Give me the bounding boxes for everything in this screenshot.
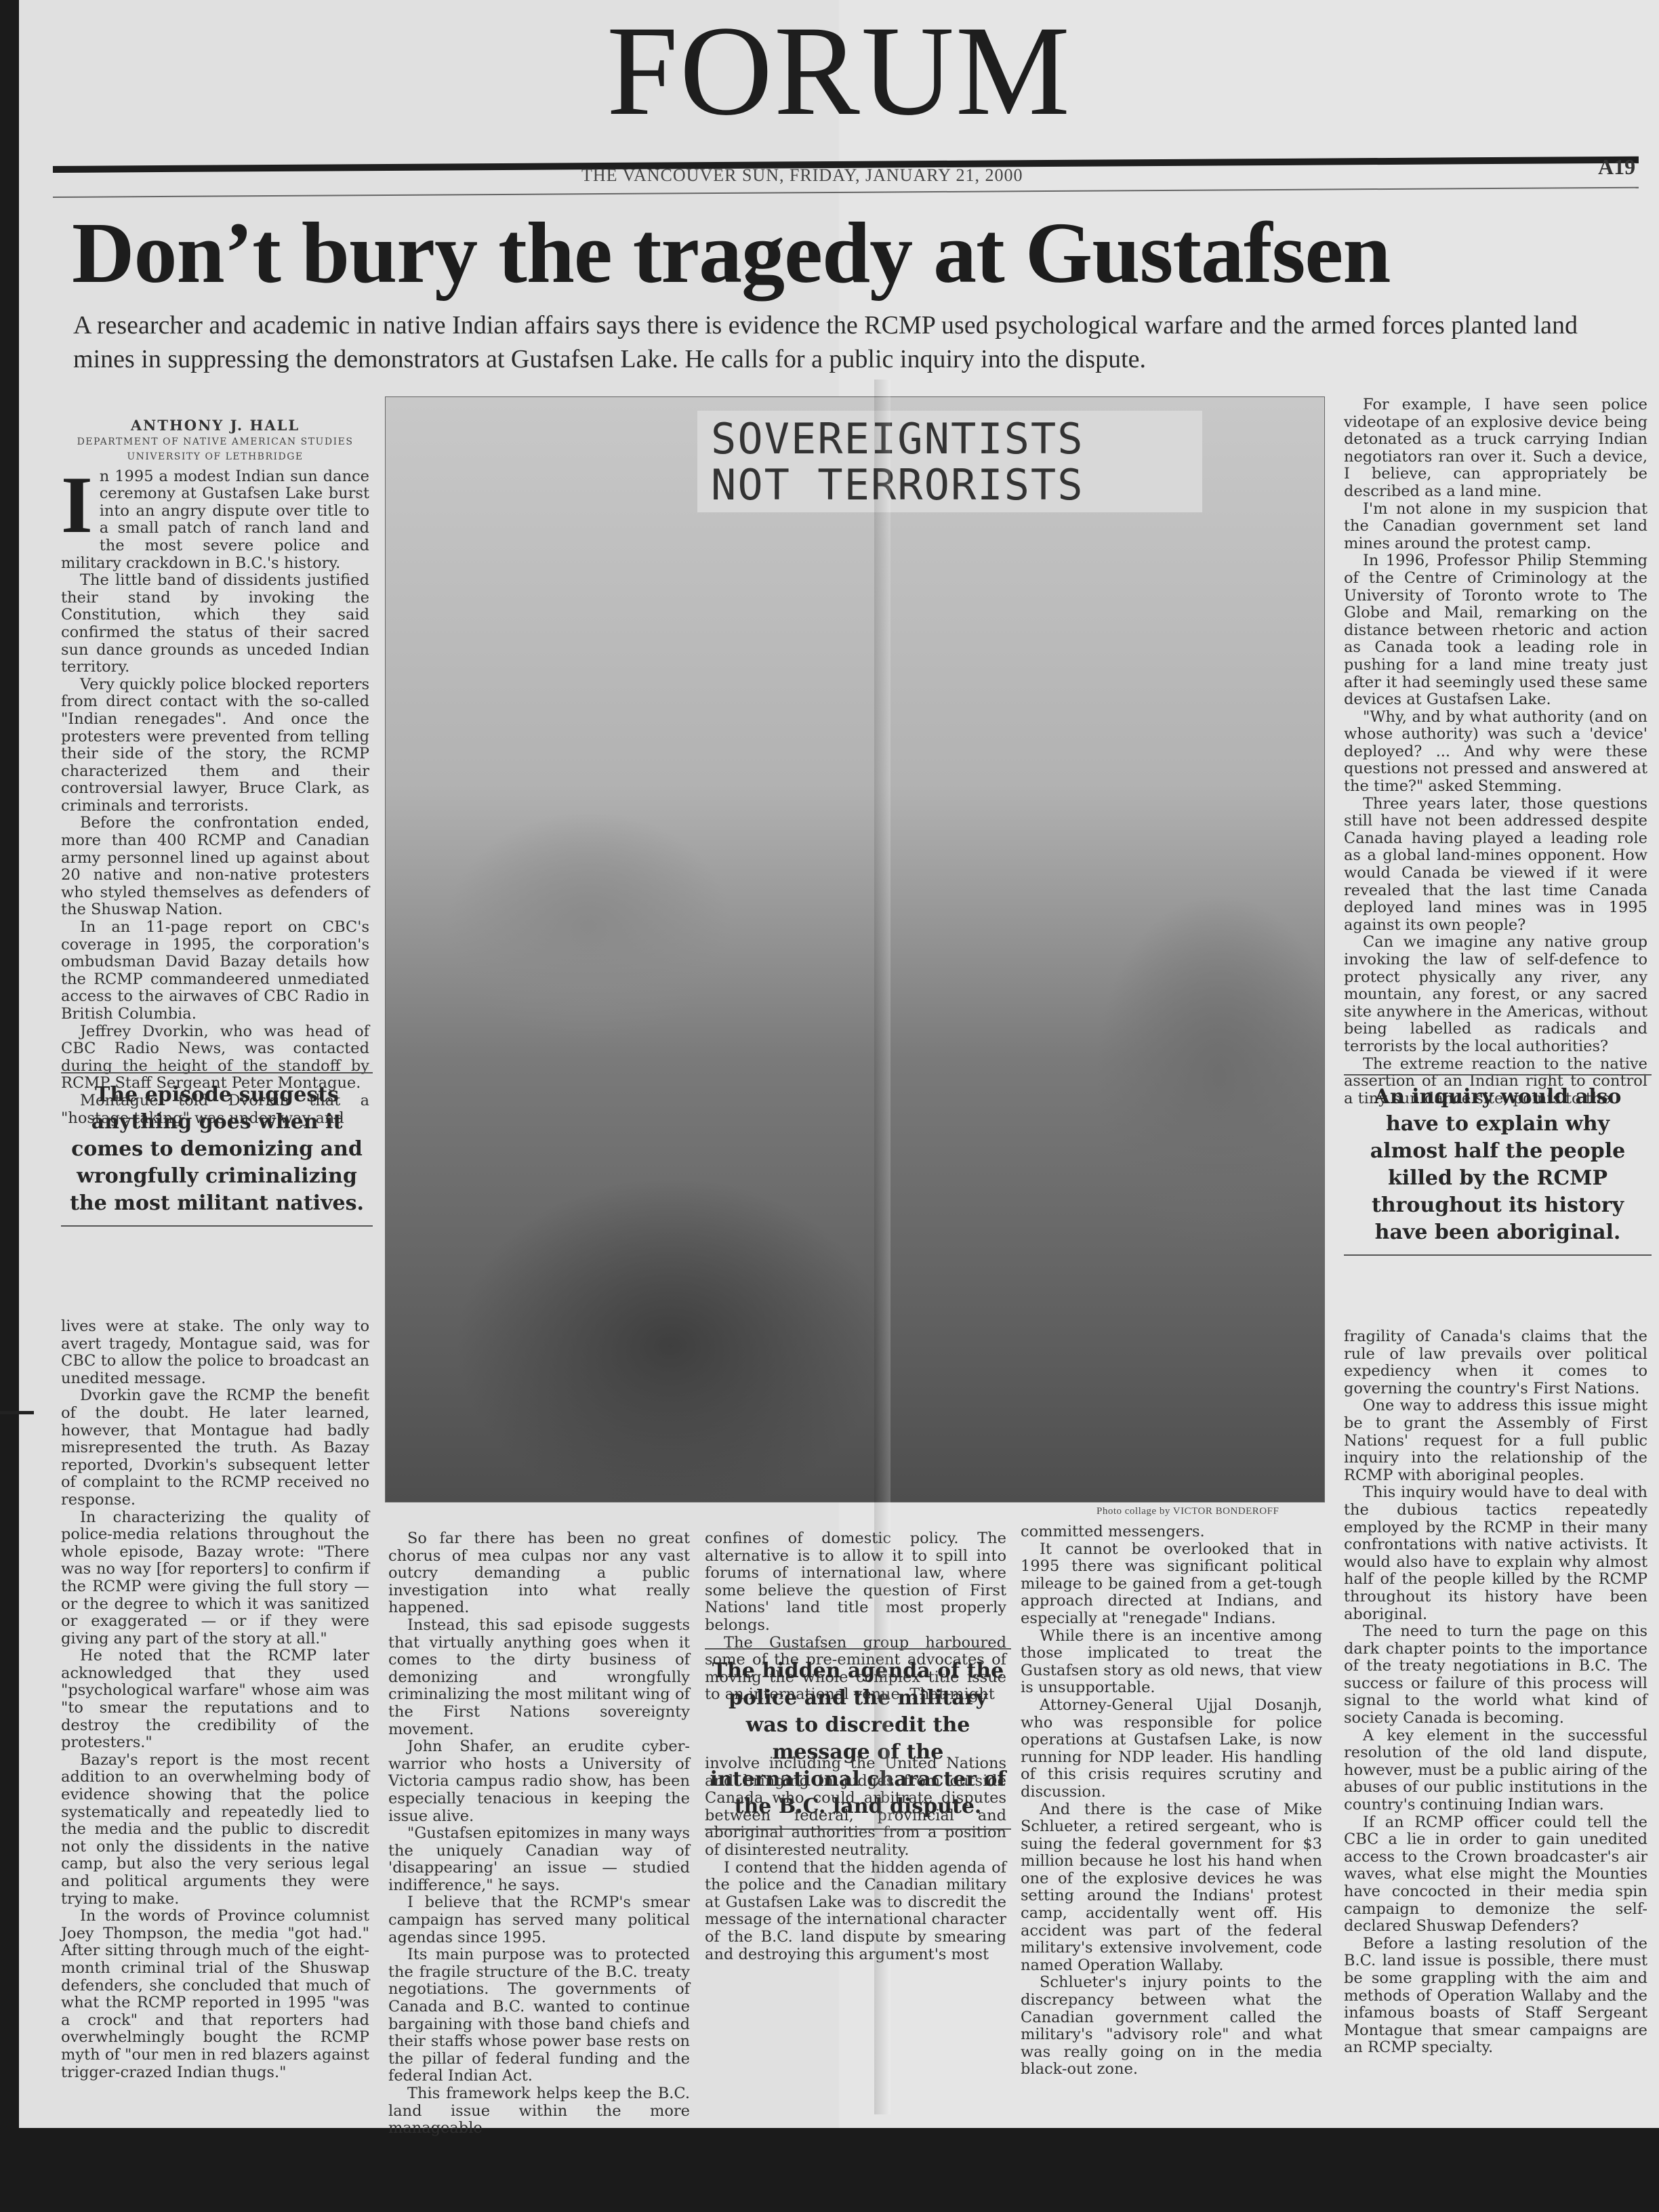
paragraph: lives were at stake. The only way to ave…	[61, 1318, 369, 1387]
column-2: So far there has been no great chorus of…	[388, 1530, 690, 2137]
protest-sign: SOVEREIGNTISTS NOT TERRORISTS	[697, 411, 1202, 512]
article-headline: Don’t bury the tragedy at Gustafsen	[72, 202, 1644, 304]
paragraph: confines of domestic policy. The alterna…	[705, 1530, 1006, 1635]
paragraph: In an 11-page report on CBC's coverage i…	[61, 919, 369, 1023]
column-4: committed messengers. It cannot be overl…	[1021, 1523, 1322, 2078]
column-5-bottom: fragility of Canada's claims that the ru…	[1344, 1328, 1647, 2057]
paragraph: A key element in the successful resoluti…	[1344, 1727, 1647, 1814]
paragraph: So far there has been no great chorus of…	[388, 1530, 690, 1617]
photo-credit: Photo collage by VICTOR BONDEROFF	[1097, 1506, 1279, 1517]
newspaper-page: FORUM THE VANCOUVER SUN, FRIDAY, JANUARY…	[19, 0, 1659, 2128]
byline-author: ANTHONY J. HALL	[61, 417, 369, 434]
paragraph: involve including the United Nations and…	[705, 1755, 1006, 1860]
page-number: A19	[1598, 155, 1635, 180]
drop-cap: I	[61, 471, 93, 539]
sign-line-2: NOT TERRORISTS	[711, 462, 1202, 508]
paragraph: Can we imagine any native group invoking…	[1344, 934, 1647, 1055]
paragraph: The little band of dissidents justified …	[61, 572, 369, 676]
column-1-bottom: lives were at stake. The only way to ave…	[61, 1318, 369, 2081]
column-3-bottom: involve including the United Nations and…	[705, 1755, 1006, 1963]
paragraph: It cannot be overlooked that in 1995 the…	[1021, 1541, 1322, 1628]
paragraph: I believe that the RCMP's smear campaign…	[388, 1894, 690, 1946]
publication-dateline: THE VANCOUVER SUN, FRIDAY, JANUARY 21, 2…	[581, 165, 1023, 186]
section-masthead: FORUM	[19, 7, 1659, 136]
paragraph: And there is the case of Mike Schlueter,…	[1021, 1801, 1322, 1975]
byline-institution: UNIVERSITY OF LETHBRIDGE	[61, 449, 369, 464]
paragraph: While there is an incentive among those …	[1021, 1628, 1322, 1697]
paragraph: Bazay's report is the most recent additi…	[61, 1752, 369, 1908]
photo-collage: SOVEREIGNTISTS NOT TERRORISTS	[385, 396, 1325, 1502]
article-dek: A researcher and academic in native Indi…	[73, 308, 1618, 376]
paragraph: The need to turn the page on this dark c…	[1344, 1623, 1647, 1727]
column-5-top: For example, I have seen police videotap…	[1344, 396, 1647, 1107]
paragraph: Its main purpose was to protected the fr…	[388, 1946, 690, 2085]
dateline-rule	[53, 187, 1639, 198]
paragraph: In 1996, Professor Philip Stemming of th…	[1344, 552, 1647, 708]
byline-department: DEPARTMENT OF NATIVE AMERICAN STUDIES	[61, 434, 369, 449]
paragraph: One way to address this issue might be t…	[1344, 1397, 1647, 1484]
paragraph: This inquiry would have to deal with the…	[1344, 1484, 1647, 1623]
paragraph: I contend that the hidden agenda of the …	[705, 1860, 1006, 1964]
paragraph: Instead, this sad episode suggests that …	[388, 1617, 690, 1738]
column-1-top: ANTHONY J. HALL DEPARTMENT OF NATIVE AME…	[61, 417, 369, 1127]
paragraph: In characterizing the quality of police-…	[61, 1509, 369, 1648]
paragraph: This framework helps keep the B.C. land …	[388, 2085, 690, 2137]
pull-quote-1: The episode suggests anything goes when …	[61, 1072, 373, 1227]
paragraph: Schlueter's injury points to the discrep…	[1021, 1974, 1322, 2078]
paragraph: He noted that the RCMP later acknowledge…	[61, 1647, 369, 1752]
paragraph: "Gustafsen epitomizes in many ways the u…	[388, 1825, 690, 1894]
paragraph: Dvorkin gave the RCMP the benefit of the…	[61, 1387, 369, 1509]
paragraph: Attorney-General Ujjal Dosanjh, who was …	[1021, 1697, 1322, 1801]
paragraph: John Shafer, an erudite cyber-warrior wh…	[388, 1738, 690, 1825]
paragraph: fragility of Canada's claims that the ru…	[1344, 1328, 1647, 1397]
paragraph: Before the confrontation ended, more tha…	[61, 815, 369, 919]
page-edge-mark	[0, 1411, 34, 1414]
paragraph: "Why, and by what authority (and on whos…	[1344, 709, 1647, 796]
sign-line-1: SOVEREIGNTISTS	[711, 416, 1202, 462]
paragraph: I'm not alone in my suspicion that the C…	[1344, 501, 1647, 553]
pull-quote-3: An inquiry would also have to explain wh…	[1344, 1074, 1652, 1256]
paragraph: Three years later, those questions still…	[1344, 796, 1647, 935]
paragraph: If an RCMP officer could tell the CBC a …	[1344, 1814, 1647, 1935]
paragraph: Before a lasting resolution of the B.C. …	[1344, 1935, 1647, 2057]
paragraph: n 1995 a modest Indian sun dance ceremon…	[61, 468, 369, 573]
paragraph: committed messengers.	[1021, 1523, 1322, 1541]
paragraph: In the words of Province columnist Joey …	[61, 1908, 369, 2081]
paragraph: Very quickly police blocked reporters fr…	[61, 676, 369, 815]
paragraph: For example, I have seen police videotap…	[1344, 396, 1647, 501]
